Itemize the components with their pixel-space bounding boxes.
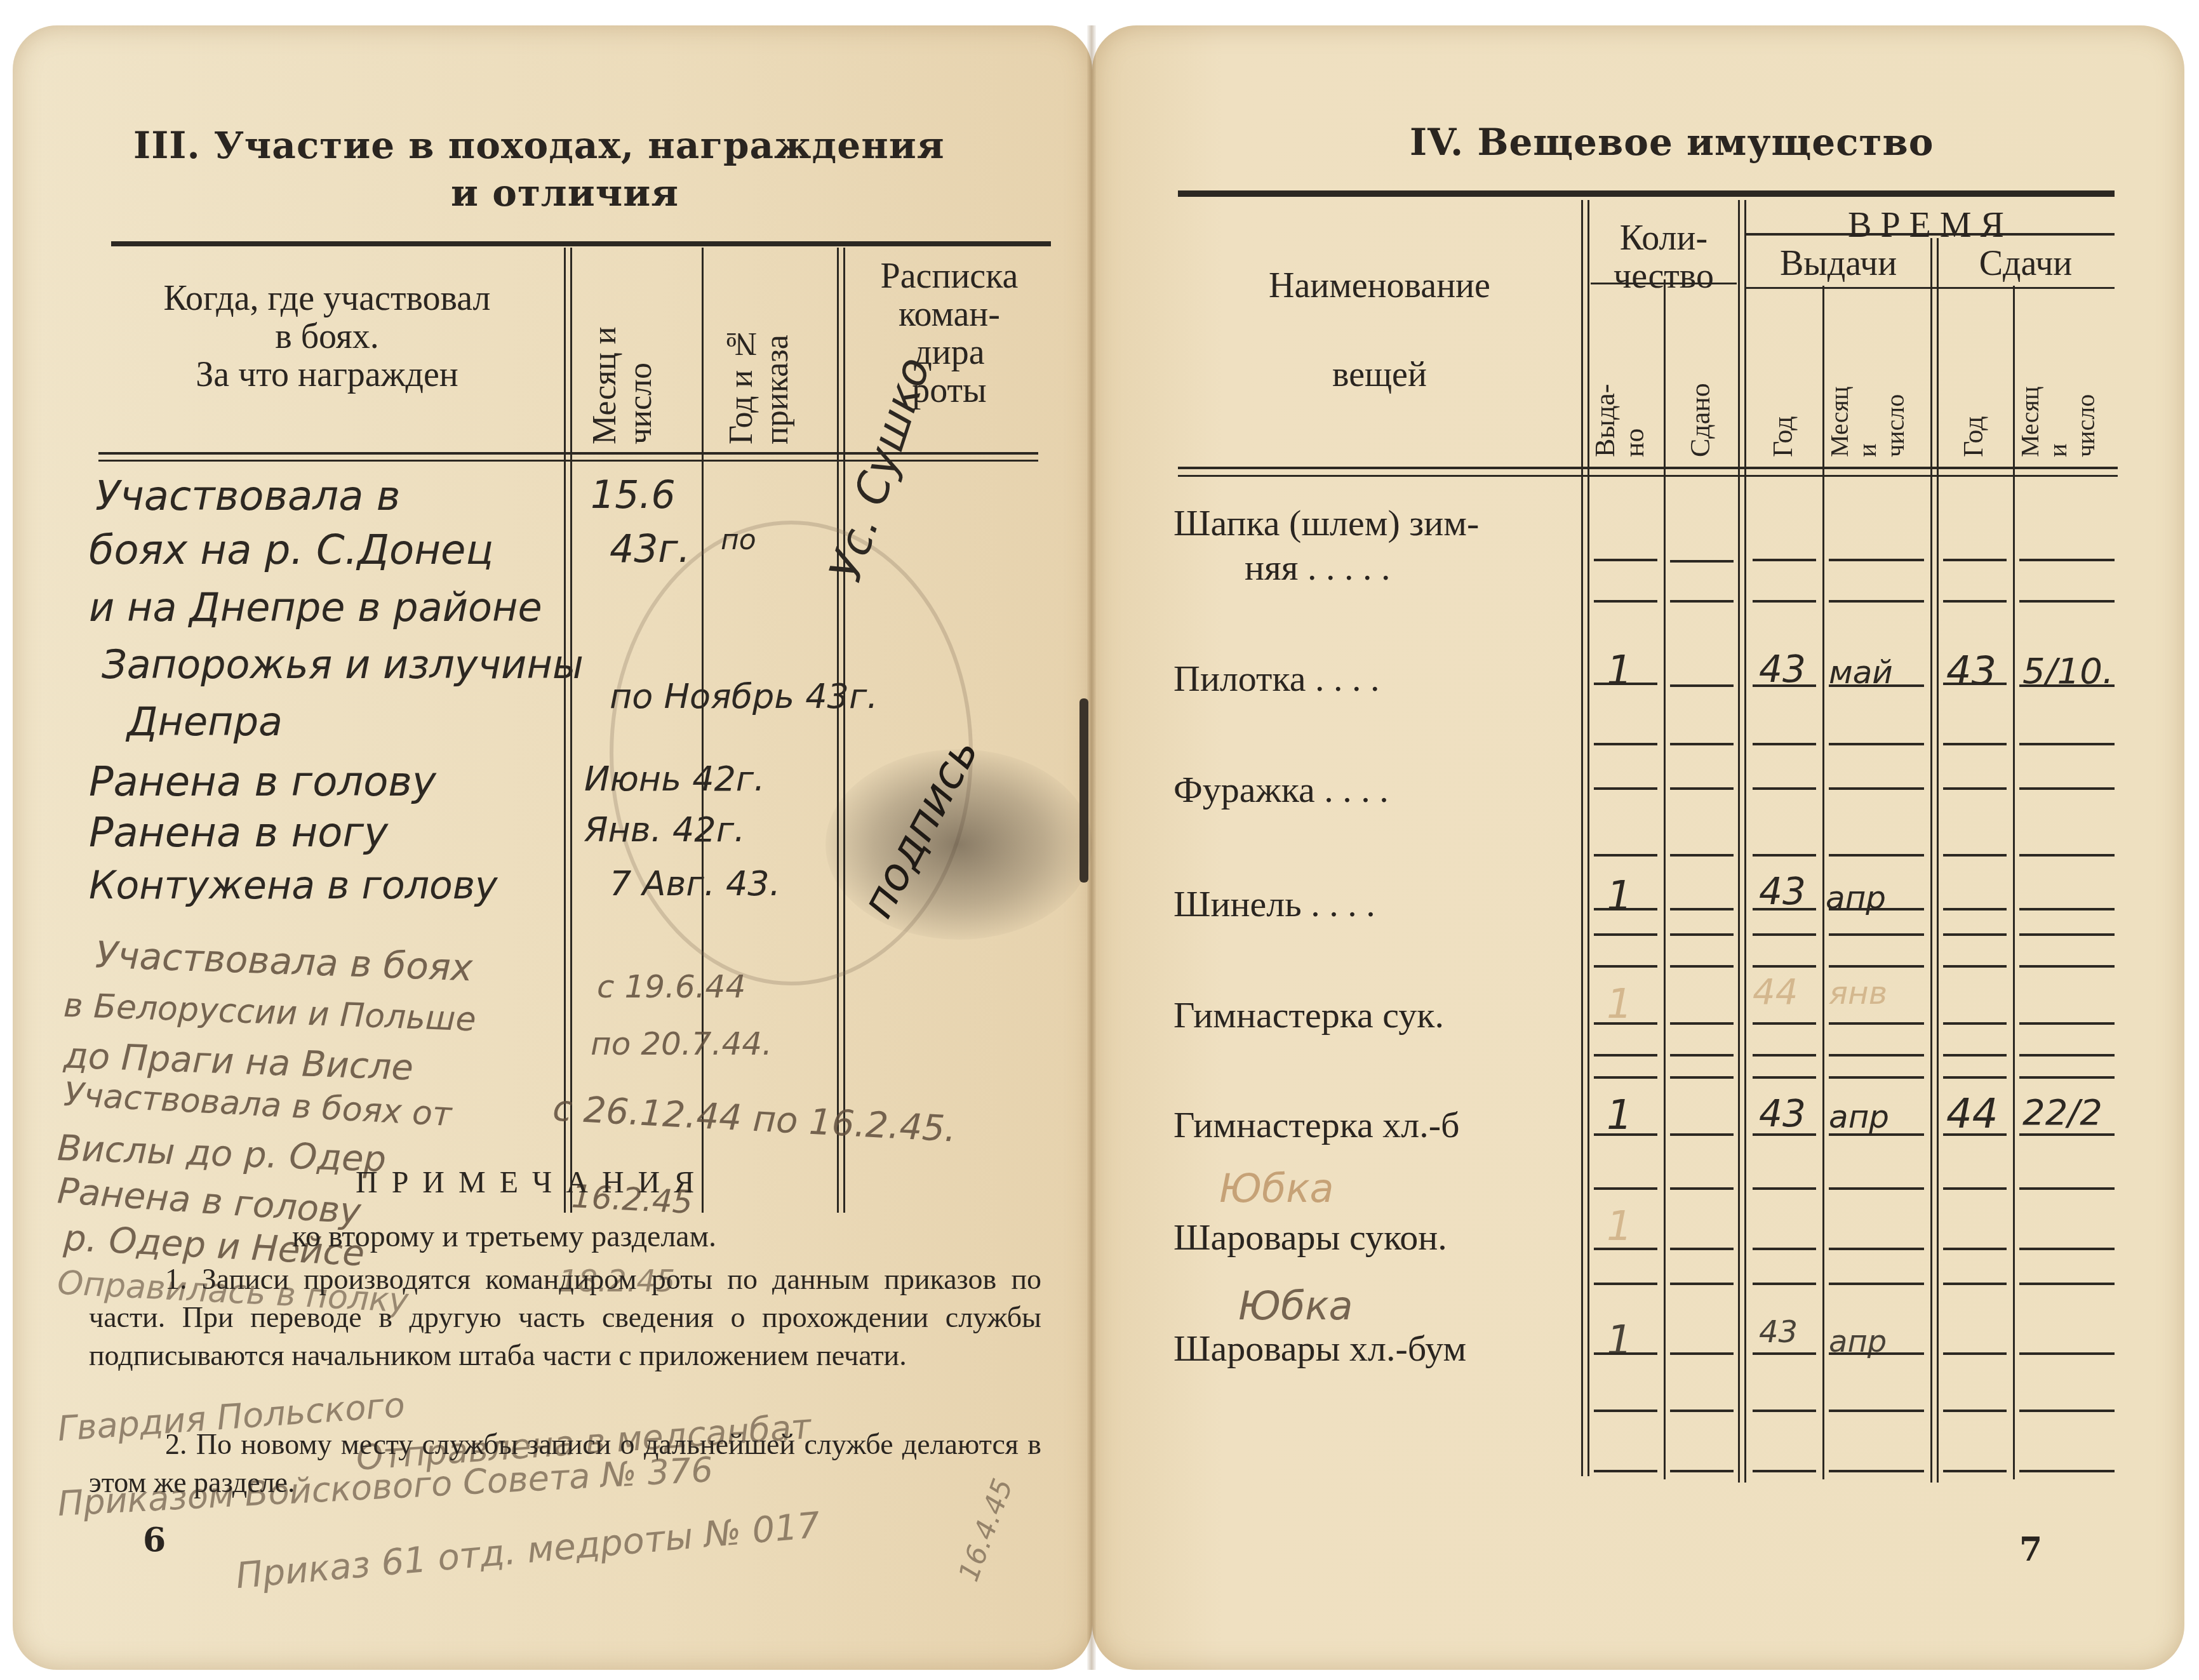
row-dash — [1670, 1133, 1734, 1136]
right-col-divider-return — [2013, 286, 2015, 1479]
row-dash — [1829, 1133, 1924, 1136]
row-dash — [1594, 1248, 1657, 1250]
item-name: Гимнастерка хл.-б — [1173, 1103, 1460, 1146]
right-header-bottom-rule-2 — [1178, 475, 2118, 477]
row-dash — [1670, 787, 1734, 790]
issue-year: 43 — [1759, 870, 1806, 913]
row-dash — [1943, 1187, 2007, 1190]
pencil-entry-date: по 20.7.44. — [591, 1025, 772, 1062]
item-name: Фуражка . . . . — [1173, 768, 1389, 811]
row-dash — [1943, 908, 2007, 910]
col-header-issue: Выдачи — [1746, 244, 1930, 283]
row-dash — [1594, 854, 1657, 857]
item-annotation: Юбка — [1219, 1165, 1334, 1211]
row-dash — [1594, 1022, 1657, 1025]
right-col-divider-issue — [1822, 286, 1824, 1479]
item-name: Шинель . . . . — [1173, 883, 1375, 925]
issue-year: 43 — [1759, 1314, 1798, 1350]
row-dash — [1594, 559, 1657, 561]
issue-year: 43 — [1759, 1092, 1806, 1135]
col-header-name-line1: Наименование — [1178, 267, 1581, 305]
col-header-year-order: Год и № приказа — [724, 254, 795, 444]
row-dash — [1670, 933, 1734, 936]
row-dash — [1670, 1187, 1734, 1190]
col-header-signature: Расписка коман- дира роты — [845, 257, 1054, 410]
row-dash — [2019, 1022, 2115, 1025]
row-dash — [2019, 854, 2115, 857]
row-dash — [1594, 1076, 1657, 1079]
return-year: 44 — [1946, 1091, 1998, 1138]
issue-month: янв — [1829, 975, 1887, 1011]
row-dash — [2019, 1248, 2115, 1250]
row-dash — [1943, 1133, 2007, 1136]
section-3-title-line2: и отличия — [451, 171, 679, 215]
row-dash — [1943, 1248, 2007, 1250]
col-header-issued-qty: Выда- но — [1591, 298, 1649, 457]
row-dash — [1829, 1187, 1924, 1190]
row-dash — [2019, 1054, 2115, 1057]
row-dash — [1670, 854, 1734, 857]
pencil-entry-date: с 19.6.44 — [597, 968, 745, 1005]
row-dash — [1670, 965, 1734, 968]
row-dash — [1753, 1410, 1816, 1412]
row-dash — [1829, 933, 1924, 936]
return-month: 5/10. — [2022, 651, 2114, 692]
row-dash — [2019, 1187, 2115, 1190]
issued-qty: 1 — [1607, 981, 1633, 1028]
row-dash — [1753, 965, 1816, 968]
col-header-quantity: Коли- чество — [1587, 219, 1740, 295]
row-dash — [2019, 1076, 2115, 1079]
col-header-issue-year: Год — [1765, 298, 1801, 457]
row-dash — [1753, 600, 1816, 603]
row-dash — [1753, 559, 1816, 561]
entry-date: Июнь 42г. — [584, 759, 765, 799]
item-annotation: Юбка — [1238, 1283, 1353, 1329]
entry-date: Янв. 42г. — [584, 810, 745, 850]
row-dash — [1670, 908, 1734, 910]
col-header-return-year: Год — [1956, 298, 1991, 457]
row-dash — [1753, 787, 1816, 790]
right-table-top-rule — [1178, 190, 2115, 197]
row-dash — [1594, 965, 1657, 968]
right-col-divider-return-a — [1930, 238, 1932, 1483]
row-dash — [1753, 854, 1816, 857]
entry-text: Ранена в голову — [89, 759, 436, 806]
row-dash — [1753, 1133, 1816, 1136]
row-dash — [1753, 1076, 1816, 1079]
row-dash — [1753, 933, 1816, 936]
issue-month: май — [1829, 654, 1893, 691]
entry-text: Участвовала в — [95, 473, 401, 520]
row-dash — [1943, 600, 2007, 603]
row-dash — [1943, 1076, 2007, 1079]
row-dash — [1670, 1470, 1734, 1472]
entry-text: Запорожья и излучины — [102, 641, 584, 688]
row-dash — [2019, 1133, 2115, 1136]
row-dash — [1753, 1022, 1816, 1025]
notes-item-2: 2. По новому месту службы записи о дальн… — [89, 1425, 1041, 1502]
notes-subheading: ко второму и третьему разделам. — [292, 1219, 716, 1254]
entry-text: Днепра — [127, 698, 283, 745]
row-dash — [1753, 1187, 1816, 1190]
issued-qty: 1 — [1607, 648, 1633, 695]
row-dash — [2019, 1410, 2115, 1412]
row-dash — [1594, 1054, 1657, 1057]
col-header-return: Сдачи — [1937, 244, 2115, 283]
row-dash — [1943, 965, 2007, 968]
row-dash — [2019, 933, 2115, 936]
notes-item-1: 1. Записи производятся командиром роты п… — [89, 1260, 1041, 1375]
row-dash — [2019, 787, 2115, 790]
right-col-divider-time-b — [1744, 200, 1746, 1483]
row-dash — [1943, 559, 2007, 561]
right-col-divider-qty — [1664, 279, 1666, 1479]
row-dash — [2019, 559, 2115, 561]
row-dash — [1829, 908, 1924, 910]
row-dash — [1670, 743, 1734, 745]
entry-order: по — [721, 524, 756, 556]
right-col-divider-time-a — [1738, 200, 1740, 1483]
row-dash — [1670, 1410, 1734, 1412]
row-dash — [1943, 854, 2007, 857]
row-dash — [1594, 1283, 1657, 1285]
col-header-when-where: Когда, где участвовал в боях. За что наг… — [89, 279, 565, 394]
row-dash — [1594, 743, 1657, 745]
row-dash — [2019, 1283, 2115, 1285]
page-number-left: 6 — [143, 1521, 166, 1559]
row-dash — [1753, 1283, 1816, 1285]
item-name-cont: няя . . . . . — [1245, 546, 1390, 589]
issue-month: апр — [1826, 879, 1886, 916]
right-col-divider-name-a — [1581, 200, 1583, 1476]
staple — [1079, 698, 1088, 883]
row-dash — [1670, 1283, 1734, 1285]
row-dash — [1670, 1248, 1734, 1250]
item-name: Шаровары сукон. — [1173, 1216, 1447, 1258]
row-dash — [1829, 600, 1924, 603]
item-name: Пилотка . . . . — [1173, 657, 1380, 700]
row-dash — [1670, 684, 1734, 687]
entry-date: по Ноябрь 43г. — [610, 676, 878, 716]
row-dash — [1753, 743, 1816, 745]
row-dash — [1594, 787, 1657, 790]
row-dash — [1829, 1283, 1924, 1285]
entry-date: 43г. — [610, 527, 690, 571]
row-dash — [1943, 1470, 2007, 1472]
notes-heading: ПРИМЕЧАНИЯ — [356, 1165, 708, 1200]
issue-year: 43 — [1759, 648, 1806, 691]
row-dash — [2019, 1470, 2115, 1472]
row-dash — [1829, 1054, 1924, 1057]
row-dash — [1594, 908, 1657, 910]
row-dash — [1753, 1352, 1816, 1355]
col-header-issue-month: Месяц и число — [1826, 298, 1909, 457]
row-dash — [2019, 1352, 2115, 1355]
item-name: Гимнастерка сук. — [1173, 994, 1444, 1036]
entry-date: 7 Авг. 43. — [610, 863, 780, 903]
row-dash — [1594, 600, 1657, 603]
row-dash — [1943, 1410, 2007, 1412]
entry-text: и на Днепре в районе — [89, 584, 542, 630]
entry-text: боях на р. С.Донец — [89, 527, 493, 574]
row-dash — [1943, 743, 2007, 745]
row-dash — [1829, 787, 1924, 790]
row-dash — [1753, 908, 1816, 910]
return-month: 22/2 — [2022, 1092, 2102, 1133]
row-dash — [1594, 1133, 1657, 1136]
issued-qty: 1 — [1607, 1203, 1633, 1250]
row-dash — [1829, 1352, 1924, 1355]
issue-return-sub-rule — [1746, 287, 2115, 289]
row-dash — [1829, 1410, 1924, 1412]
row-dash — [1943, 1283, 2007, 1285]
col-header-returned-qty: Сдано — [1683, 298, 1718, 457]
row-dash — [1943, 1352, 2007, 1355]
row-dash — [1829, 1076, 1924, 1079]
issued-qty: 1 — [1607, 1317, 1633, 1364]
row-dash — [1829, 1248, 1924, 1250]
issued-qty: 1 — [1607, 873, 1633, 920]
row-dash — [1670, 1352, 1734, 1355]
left-col-divider-1b — [570, 248, 572, 1213]
row-dash — [1753, 1054, 1816, 1057]
entry-text: Контужена в голову — [89, 863, 498, 908]
col-header-time: ВРЕМЯ — [1746, 206, 2115, 244]
row-dash — [1829, 559, 1924, 561]
row-dash — [1670, 1054, 1734, 1057]
page-number-right: 7 — [2019, 1530, 2042, 1569]
row-dash — [1594, 1352, 1657, 1355]
row-dash — [1829, 743, 1924, 745]
right-header-bottom-rule-1 — [1178, 467, 2118, 469]
issue-year: 44 — [1753, 971, 1798, 1013]
item-name: Шаровары хл.-бум — [1173, 1327, 1466, 1370]
section-4-title: IV. Вещевое имущество — [1410, 121, 1934, 164]
row-dash — [1829, 1022, 1924, 1025]
row-dash — [1670, 560, 1734, 563]
issued-qty: 1 — [1607, 1092, 1633, 1139]
row-dash — [1943, 787, 2007, 790]
row-dash — [1670, 1022, 1734, 1025]
row-dash — [1594, 1410, 1657, 1412]
row-dash — [1829, 854, 1924, 857]
item-name: Шапка (шлем) зим- — [1173, 502, 1479, 544]
right-col-divider-return-b — [1937, 238, 1939, 1483]
col-header-name-line2: вещей — [1178, 356, 1581, 394]
row-dash — [1594, 1187, 1657, 1190]
row-dash — [1943, 1054, 2007, 1057]
row-dash — [2019, 908, 2115, 910]
left-table-top-rule — [111, 241, 1051, 246]
entry-text: Ранена в ногу — [89, 810, 388, 857]
return-year: 43 — [1946, 648, 1996, 694]
col-header-month-day: Месяц и число — [587, 254, 658, 444]
col-header-return-month: Месяц и число — [2016, 298, 2100, 457]
row-dash — [1670, 1076, 1734, 1079]
section-3-title-line1: III. Участие в походах, награждения — [133, 124, 945, 167]
row-dash — [1753, 1470, 1816, 1472]
row-dash — [1670, 600, 1734, 603]
row-dash — [1594, 933, 1657, 936]
row-dash — [1753, 1248, 1816, 1250]
row-dash — [1943, 1022, 2007, 1025]
issue-month: апр — [1829, 1098, 1889, 1135]
row-dash — [2019, 600, 2115, 603]
row-dash — [1829, 1470, 1924, 1472]
row-dash — [2019, 743, 2115, 745]
row-dash — [2019, 965, 2115, 968]
row-dash — [1829, 965, 1924, 968]
row-dash — [1943, 933, 2007, 936]
entry-date: 15.6 — [591, 473, 676, 517]
row-dash — [1594, 1470, 1657, 1472]
